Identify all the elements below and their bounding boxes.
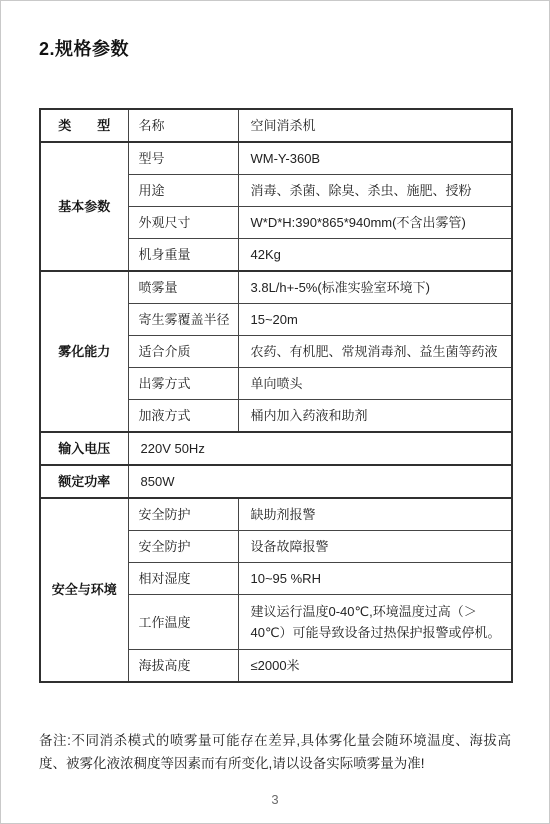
value-cell: 消毒、杀菌、除臭、杀虫、施肥、授粉 <box>238 175 512 207</box>
label-cell: 加液方式 <box>128 400 238 433</box>
value-cell: 42Kg <box>238 239 512 272</box>
table-row: 安全与环境安全防护缺助剂报警 <box>40 498 512 531</box>
value-cell: 空间消杀机 <box>238 109 512 142</box>
value-cell: 10~95 %RH <box>238 563 512 595</box>
category-cell: 安全与环境 <box>40 498 128 682</box>
page-title: 2.规格参数 <box>39 35 549 61</box>
value-cell: ≤2000米 <box>238 650 512 683</box>
value-cell: 220V 50Hz <box>128 432 512 465</box>
value-cell: 单向喷头 <box>238 368 512 400</box>
label-cell: 名称 <box>128 109 238 142</box>
label-cell: 工作温度 <box>128 595 238 650</box>
value-cell: 建议运行温度0-40℃,环境温度过高（＞40℃）可能导致设备过热保护报警或停机。 <box>238 595 512 650</box>
value-cell: 3.8L/h+-5%(标准实验室环境下) <box>238 271 512 304</box>
label-cell: 出雾方式 <box>128 368 238 400</box>
label-cell: 海拔高度 <box>128 650 238 683</box>
note-text: 备注:不同消杀模式的喷雾量可能存在差异,具体雾化量会随环境温度、海拔高度、被雾化… <box>39 729 511 775</box>
document-page: 2.规格参数 类 型名称空间消杀机基本参数型号WM-Y-360B用途消毒、杀菌、… <box>0 0 550 824</box>
table-row: 输入电压220V 50Hz <box>40 432 512 465</box>
value-cell: WM-Y-360B <box>238 142 512 175</box>
label-cell: 安全防护 <box>128 531 238 563</box>
label-cell: 用途 <box>128 175 238 207</box>
category-cell: 输入电压 <box>40 432 128 465</box>
value-cell: 缺助剂报警 <box>238 498 512 531</box>
value-cell: 850W <box>128 465 512 498</box>
table-row: 类 型名称空间消杀机 <box>40 109 512 142</box>
label-cell: 适合介质 <box>128 336 238 368</box>
spec-table: 类 型名称空间消杀机基本参数型号WM-Y-360B用途消毒、杀菌、除臭、杀虫、施… <box>39 108 513 683</box>
label-cell: 喷雾量 <box>128 271 238 304</box>
category-cell: 额定功率 <box>40 465 128 498</box>
label-cell: 型号 <box>128 142 238 175</box>
label-cell: 相对湿度 <box>128 563 238 595</box>
category-cell: 雾化能力 <box>40 271 128 432</box>
value-cell: 设备故障报警 <box>238 531 512 563</box>
category-cell: 基本参数 <box>40 142 128 271</box>
table-row: 雾化能力喷雾量3.8L/h+-5%(标准实验室环境下) <box>40 271 512 304</box>
category-cell: 类 型 <box>40 109 128 142</box>
value-cell: 15~20m <box>238 304 512 336</box>
label-cell: 机身重量 <box>128 239 238 272</box>
spec-table-body: 类 型名称空间消杀机基本参数型号WM-Y-360B用途消毒、杀菌、除臭、杀虫、施… <box>40 109 512 682</box>
table-row: 额定功率850W <box>40 465 512 498</box>
page-number: 3 <box>1 792 549 807</box>
label-cell: 安全防护 <box>128 498 238 531</box>
value-cell: 桶内加入药液和助剂 <box>238 400 512 433</box>
label-cell: 寄生雾覆盖半径 <box>128 304 238 336</box>
label-cell: 外观尺寸 <box>128 207 238 239</box>
table-row: 基本参数型号WM-Y-360B <box>40 142 512 175</box>
value-cell: 农药、有机肥、常规消毒剂、益生菌等药液 <box>238 336 512 368</box>
value-cell: W*D*H:390*865*940mm(不含出雾管) <box>238 207 512 239</box>
